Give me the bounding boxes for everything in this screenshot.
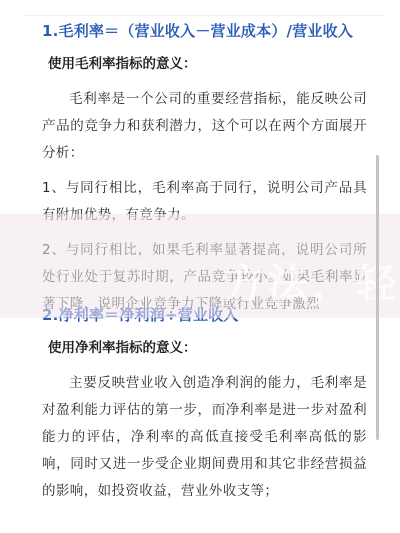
net-margin-subheading: 使用净利率指标的意义：	[48, 338, 367, 358]
gross-margin-point-1: 1、与同行相比，毛利率高于同行，说明公司产品具有附加优势，有竞争力。	[42, 175, 367, 229]
gross-margin-intro-paragraph: 毛利率是一个公司的重要经营指标，能反映公司产品的竞争力和获利潜力，这个可以在两个…	[42, 86, 367, 167]
gross-margin-heading: 1.毛利率＝（营业收入－营业成本）/营业收入	[42, 20, 367, 42]
section-net-margin: 2.净利率＝净利润÷营业收入 使用净利率指标的意义： 主要反映营业收入创造净利润…	[42, 304, 367, 513]
gross-margin-subheading: 使用毛利率指标的意义：	[48, 54, 367, 74]
net-margin-heading: 2.净利率＝净利润÷营业收入	[42, 304, 367, 326]
top-divider	[25, 15, 383, 16]
net-margin-paragraph: 主要反映营业收入创造净利润的能力，毛利率是对盈利能力评估的第一步，而净利率是进一…	[42, 370, 367, 505]
section-gross-margin: 1.毛利率＝（营业收入－营业成本）/营业收入 使用毛利率指标的意义： 毛利率是一…	[42, 20, 367, 326]
vertical-scrollbar[interactable]	[376, 155, 379, 440]
